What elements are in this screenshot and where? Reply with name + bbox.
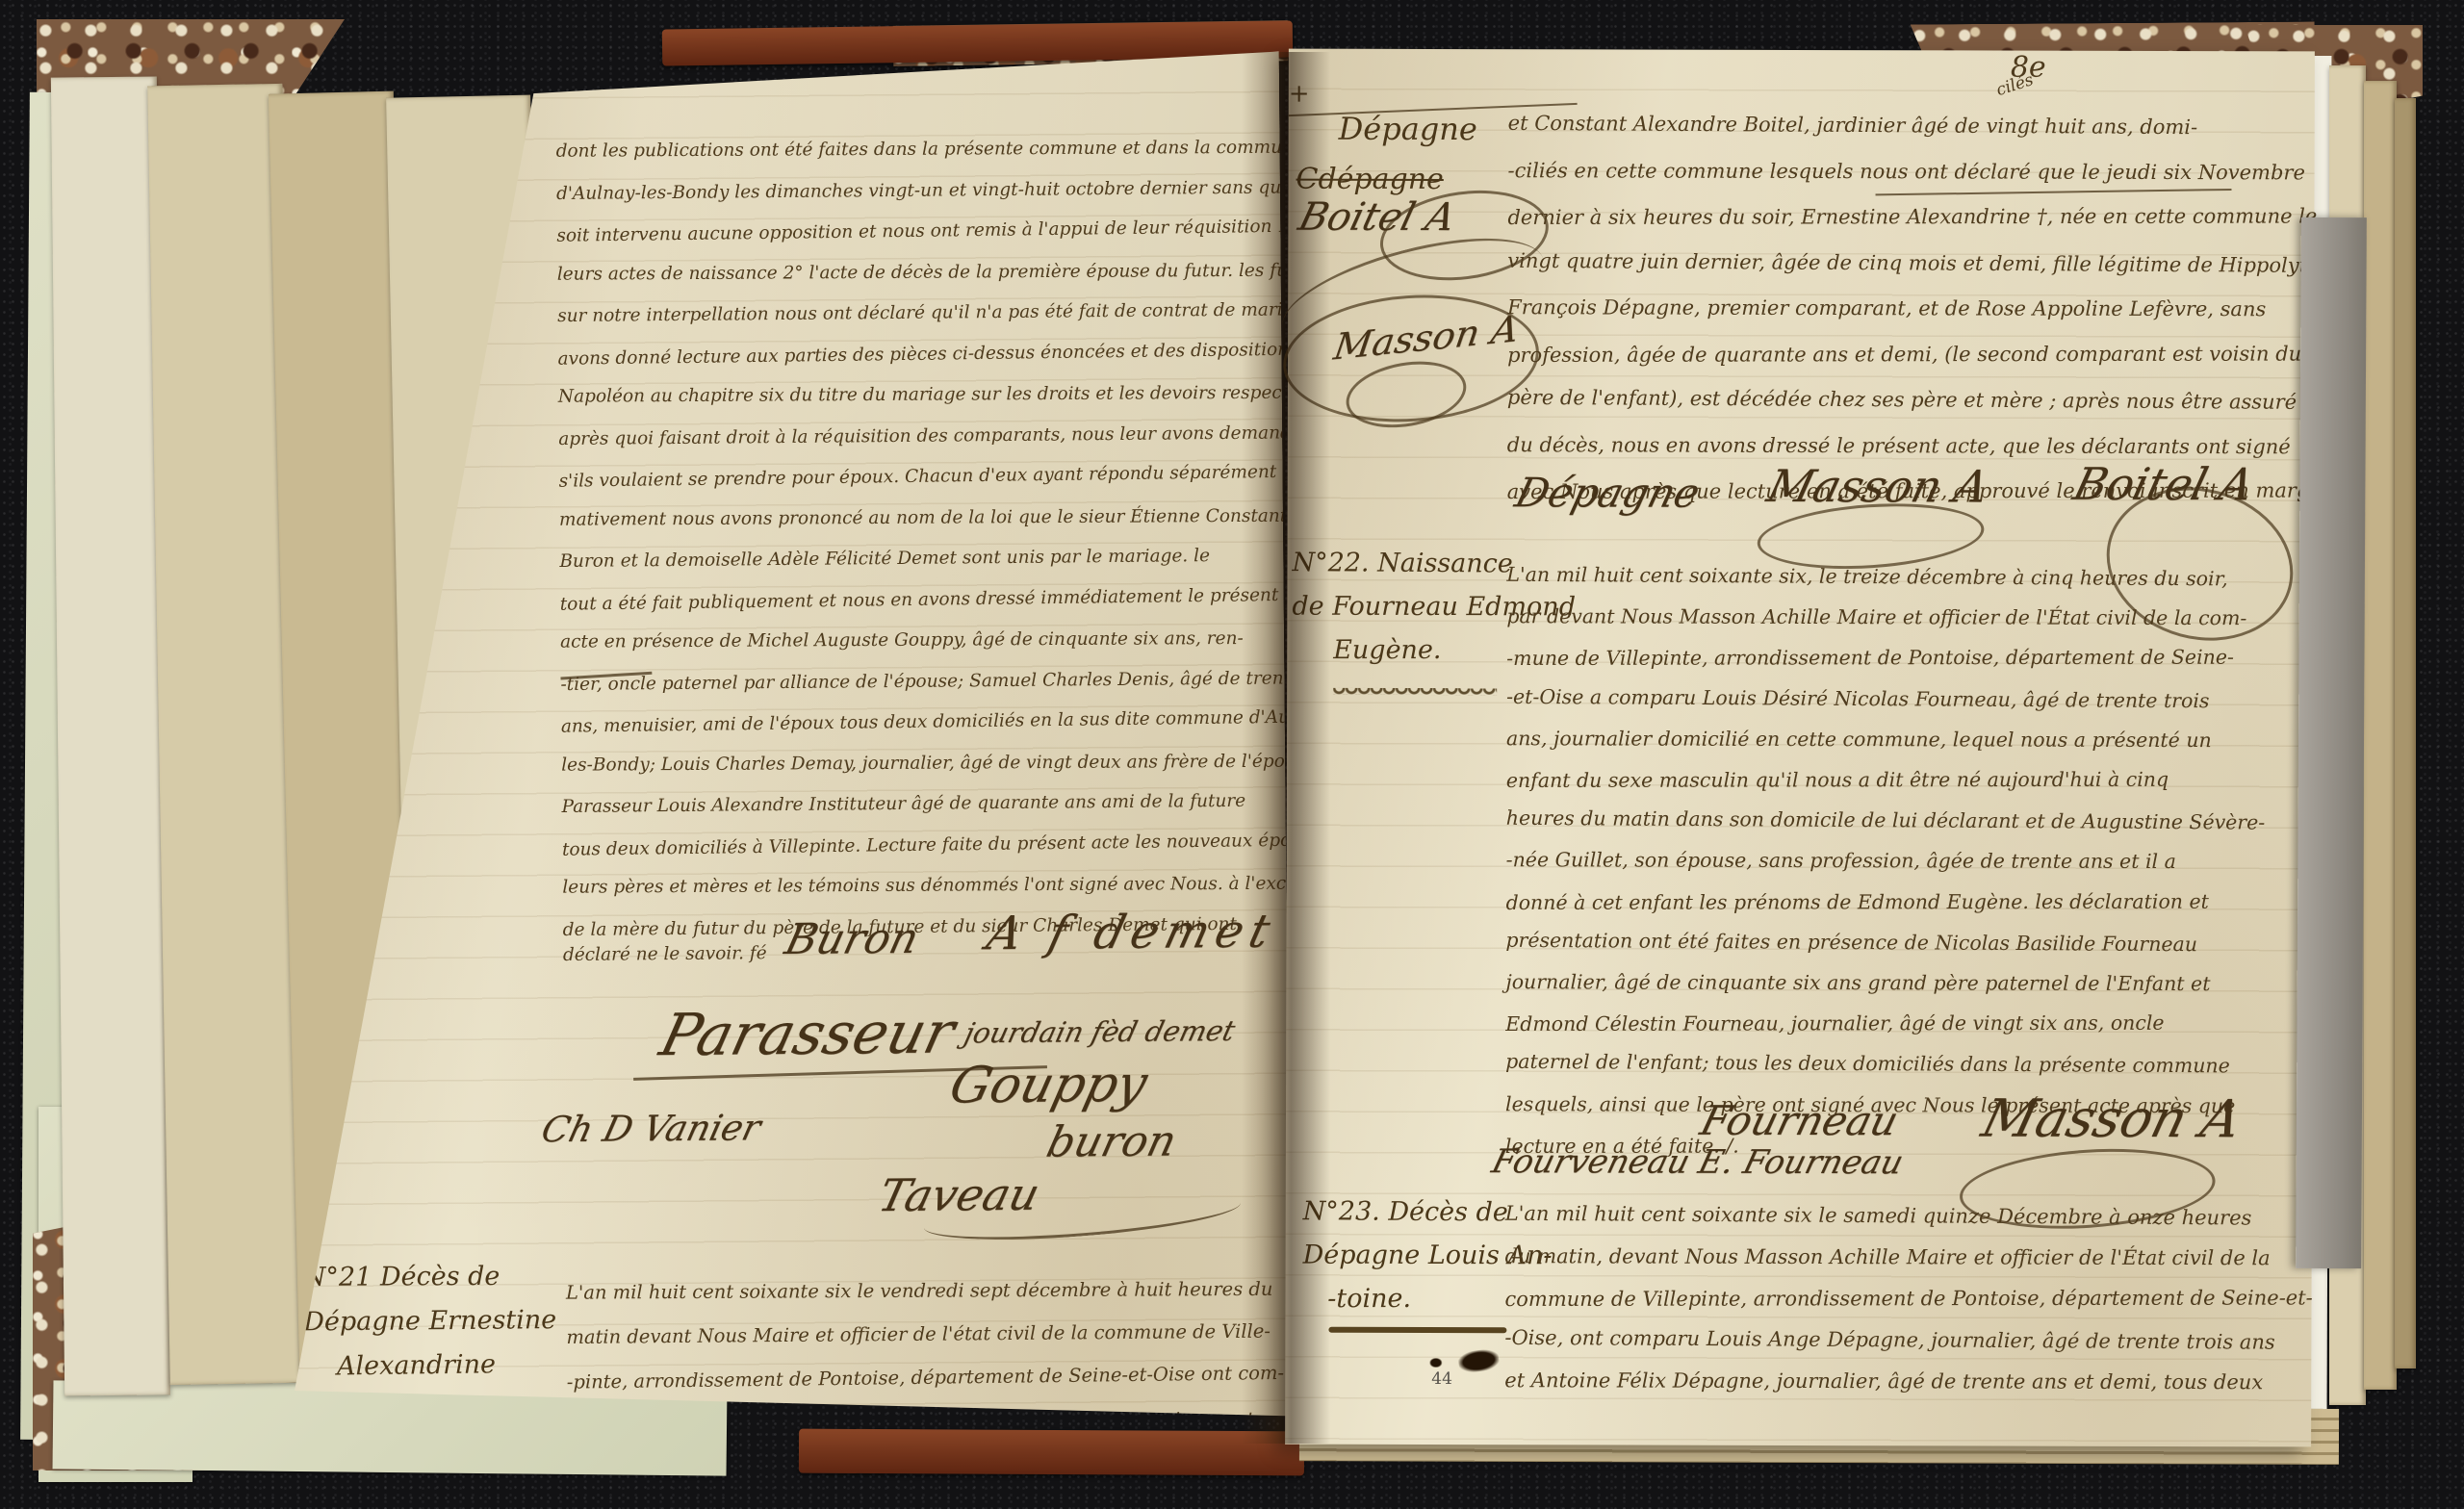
manuscript-line: les-Bondy; Louis Charles Demay, journali… (561, 741, 1302, 786)
binding-spine-bottom (799, 1429, 1304, 1476)
manuscript-line: s'ils voulaient se prendre pour époux. C… (558, 452, 1299, 503)
manuscript-line: journalier, âgé de cinquante six ans gra… (1505, 961, 2290, 1004)
manuscript-line: -pinte, arrondissement de Pontoise, dépa… (567, 1351, 1309, 1404)
manuscript-line: leurs actes de naissance 2° l'acte de dé… (557, 250, 1298, 295)
manuscript-line: L'an mil huit cent soixante six le samed… (1505, 1193, 2290, 1240)
interline-correction: cilés (1994, 70, 2036, 100)
manuscript-line: avons donné lecture aux parties des pièc… (557, 329, 1298, 380)
act23-body-text: L'an mil huit cent soixante six le samed… (1504, 1194, 2290, 1403)
manuscript-line: -et-Oise a comparu Louis Désiré Nicolas … (1506, 676, 2291, 721)
margin-note-crossed-out: Cdépagne (1296, 163, 1443, 196)
manuscript-line: du matin, devant Nous Masson Achille Mai… (1505, 1236, 2290, 1279)
ink-blot (1429, 1358, 1442, 1368)
act21-margin-label: N°21 Décès deDépagne Ernestine Alexandri… (303, 1254, 557, 1389)
manuscript-line: mativement nous avons prononcé au nom de… (559, 496, 1300, 541)
signature-buron: buron (1042, 1116, 1182, 1166)
signature-gouppy: Gouppy (944, 1056, 1153, 1115)
closing-line: déclaré ne le savoir. fé (563, 943, 767, 965)
signature-vanier: Ch D Vanier (537, 1107, 764, 1150)
manuscript-line: commune de Villepinte, arrondissement de… (1504, 1278, 2289, 1320)
manuscript-line: enfant du sexe masculin qu'il nous a dit… (1506, 759, 2291, 802)
margin-note-depagne: Dépagne (1339, 111, 1477, 147)
renvoi-cross-mark: + (1289, 80, 1310, 109)
manuscript-line: Napoléon au chapitre six du titre du mar… (558, 373, 1299, 419)
squiggle-divider (1333, 688, 1497, 695)
manuscript-line: ans, menuisier, ami de l'époux tous deux… (561, 698, 1302, 749)
page-stack-edge (2395, 98, 2416, 1368)
manuscript-line: -Oise, ont comparu Louis Ange Dépagne, j… (1504, 1317, 2289, 1364)
signature-jourdain-demet: jourdain fèd demet (962, 1014, 1239, 1050)
manuscript-line: présentation ont été faites en présence … (1505, 920, 2290, 965)
gray-blotter-card (2296, 217, 2367, 1268)
manuscript-line: leurs pères et mères et les témoins sus … (562, 864, 1303, 909)
left-page-act-text: dont les publications ont été faites dan… (556, 126, 1304, 951)
manuscript-line: soit intervenu aucune opposition et nous… (556, 207, 1297, 258)
manuscript-line: par devant Nous Masson Achille Maire et … (1506, 596, 2291, 638)
signature-af-demet: A f demet (982, 904, 1282, 960)
signature-fourneau-second: Fourveneau E. Fourneau (1488, 1142, 1908, 1182)
manuscript-line: ans, journalier domicilié en cette commu… (1506, 718, 2291, 760)
margin-divider-line (1328, 1327, 1506, 1333)
manuscript-line: tous deux domiciliés à Villepinte. Lectu… (562, 820, 1303, 871)
manuscript-line: -mune de Villepinte, arrondissement de P… (1506, 637, 2291, 679)
manuscript-line: donné à cet enfant les prénoms de Edmond… (1506, 881, 2291, 923)
act-continuation-text: et Constant Alexandre Boitel, jardinier … (1507, 102, 2293, 516)
manuscript-line: heures du matin dans son domicile de lui… (1506, 798, 2291, 843)
manuscript-line: paternel de l'enfant; tous les deux domi… (1505, 1041, 2290, 1087)
manuscript-line: Dépagne Ernestine (303, 1298, 556, 1344)
manuscript-line: L'an mil huit cent soixante six le vendr… (566, 1267, 1307, 1315)
page-stack-edge (2364, 81, 2397, 1390)
manuscript-line: François Dépagne, premier comparant, et … (1507, 285, 2292, 333)
act22-body-text: L'an mil huit cent soixante six, le trei… (1505, 555, 2292, 1166)
signature-depagne: Dépagne (1511, 469, 1706, 516)
manuscript-line: père de l'enfant), est décédée chez ses … (1507, 375, 2292, 425)
manuscript-line: et Antoine Félix Dépagne, journalier, âg… (1504, 1360, 2289, 1403)
manuscript-line: tout a été fait publiquement et nous en … (560, 575, 1301, 626)
signature-fourneau: Fourneau (1696, 1097, 1904, 1145)
manuscript-line: Alexandrine (303, 1343, 557, 1390)
manuscript-line: acte en présence de Michel Auguste Goupp… (560, 619, 1301, 664)
manuscript-line: L'an mil huit cent soixante six, le trei… (1506, 554, 2291, 600)
manuscript-line: profession, âgée de quarante ans et demi… (1507, 331, 2292, 378)
manuscript-line: Edmond Célestin Fourneau, journalier, âg… (1505, 1003, 2290, 1045)
ink-blot (1457, 1347, 1501, 1374)
manuscript-line: dont les publications ont été faites dan… (556, 128, 1297, 173)
right-page: 8e + Dépagne Cdépagne Boitel A Masson A … (1285, 49, 2315, 1447)
signature-buron-closing: Buron (781, 914, 924, 964)
signature-parasseur: Parasseur (654, 999, 961, 1069)
manuscript-line: vingt quatre juin dernier, âgée de cinq … (1507, 238, 2292, 288)
manuscript-line: N°21 Décès de (303, 1255, 556, 1300)
photographed-register-book: dont les publications ont été faites dan… (0, 0, 2464, 1509)
pencil-folio-number: 44 (1431, 1369, 1452, 1389)
manuscript-line: -née Guillet, son épouse, sans professio… (1506, 840, 2291, 882)
manuscript-line: et Constant Alexandre Boitel, jardinier … (1508, 101, 2293, 151)
manuscript-line: dernier à six heures du soir, Ernestine … (1507, 194, 2292, 242)
signature-masson: Masson A (1976, 1088, 2247, 1150)
